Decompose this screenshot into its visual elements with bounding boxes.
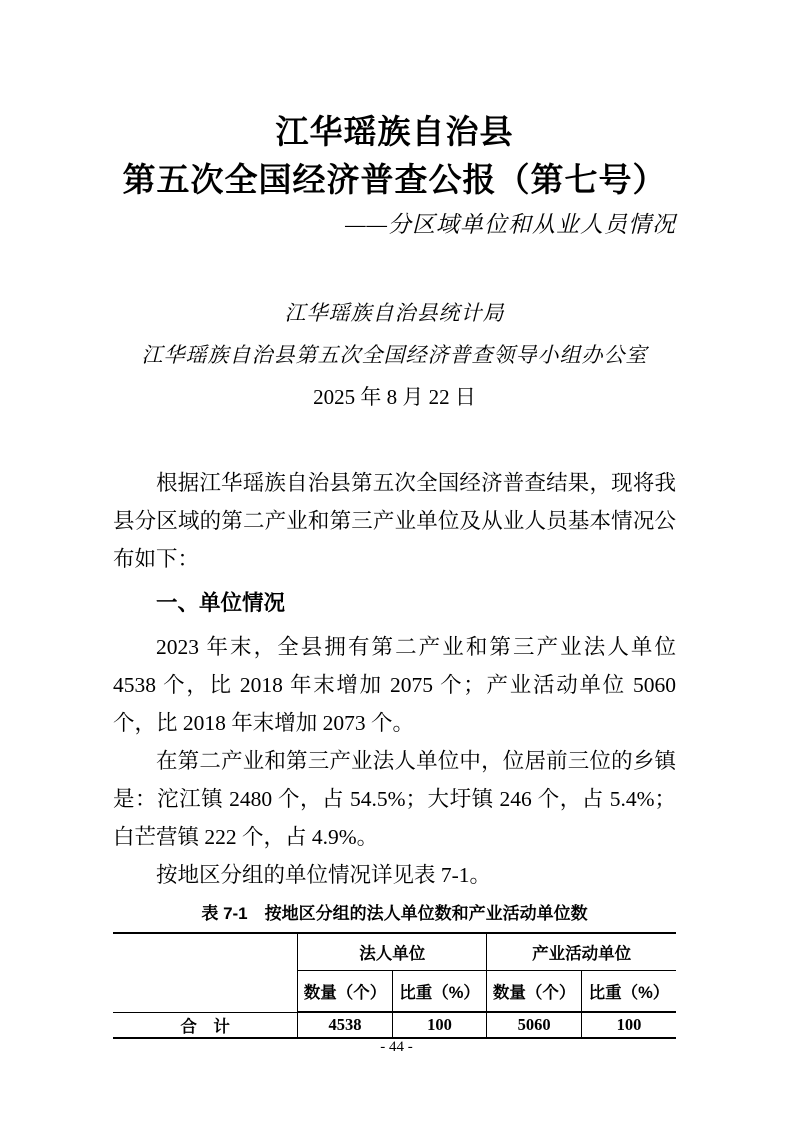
body-text: 根据江华瑶族自治县第五次全国经济普查结果，现将我县分区域的第二产业和第三产业单位…	[113, 464, 676, 894]
issuing-org-statistics-bureau: 江华瑶族自治县统计局	[113, 292, 676, 334]
stub-header-cell	[113, 933, 298, 1012]
col-header-activity-count: 数量（个）	[487, 971, 582, 1013]
cell-total-legal-share: 100	[392, 1012, 487, 1038]
col-header-legal-share: 比重（%）	[392, 971, 487, 1013]
title-line-1: 江华瑶族自治县	[113, 108, 676, 156]
cell-total-legal-count: 4538	[298, 1012, 393, 1038]
group-header-activity-units: 产业活动单位	[487, 933, 676, 971]
section-heading-units: 一、单位情况	[113, 584, 676, 622]
table-caption: 表 7-1 按地区分组的法人单位数和产业活动单位数	[113, 902, 676, 926]
paragraph-top-towns: 在第二产业和第三产业法人单位中，位居前三位的乡镇是：沱江镇 2480 个，占 5…	[113, 742, 676, 856]
title-line-2: 第五次全国经济普查公报（第七号）	[113, 156, 676, 204]
page-number: - 44 -	[0, 1039, 793, 1056]
issuer-block: 江华瑶族自治县统计局 江华瑶族自治县第五次全国经济普查领导小组办公室 2025 …	[113, 292, 676, 418]
table-header-group-row: 法人单位 产业活动单位	[113, 933, 676, 971]
document-title: 江华瑶族自治县 第五次全国经济普查公报（第七号）	[113, 108, 676, 204]
paragraph-unit-totals: 2023 年末，全县拥有第二产业和第三产业法人单位 4538 个，比 2018 …	[113, 628, 676, 742]
cell-total-activity-share: 100	[581, 1012, 676, 1038]
row-label-total: 合 计	[113, 1012, 298, 1038]
table-7-1: 法人单位 产业活动单位 数量（个） 比重（%） 数量（个） 比重（%） 合 计 …	[113, 932, 676, 1039]
col-header-activity-share: 比重（%）	[581, 971, 676, 1013]
group-header-legal-units: 法人单位	[298, 933, 487, 971]
document-subtitle: ——分区域单位和从业人员情况	[113, 210, 676, 240]
paragraph-table-reference: 按地区分组的单位情况详见表 7-1。	[113, 856, 676, 894]
document-page: 江华瑶族自治县 第五次全国经济普查公报（第七号） ——分区域单位和从业人员情况 …	[0, 0, 793, 1122]
issuing-org-census-office: 江华瑶族自治县第五次全国经济普查领导小组办公室	[113, 334, 676, 376]
publish-date: 2025 年 8 月 22 日	[113, 376, 676, 418]
col-header-legal-count: 数量（个）	[298, 971, 393, 1013]
document-content: 江华瑶族自治县 第五次全国经济普查公报（第七号） ——分区域单位和从业人员情况 …	[113, 0, 676, 1039]
paragraph-intro: 根据江华瑶族自治县第五次全国经济普查结果，现将我县分区域的第二产业和第三产业单位…	[113, 464, 676, 578]
table-row-total: 合 计 4538 100 5060 100	[113, 1012, 676, 1038]
cell-total-activity-count: 5060	[487, 1012, 582, 1038]
